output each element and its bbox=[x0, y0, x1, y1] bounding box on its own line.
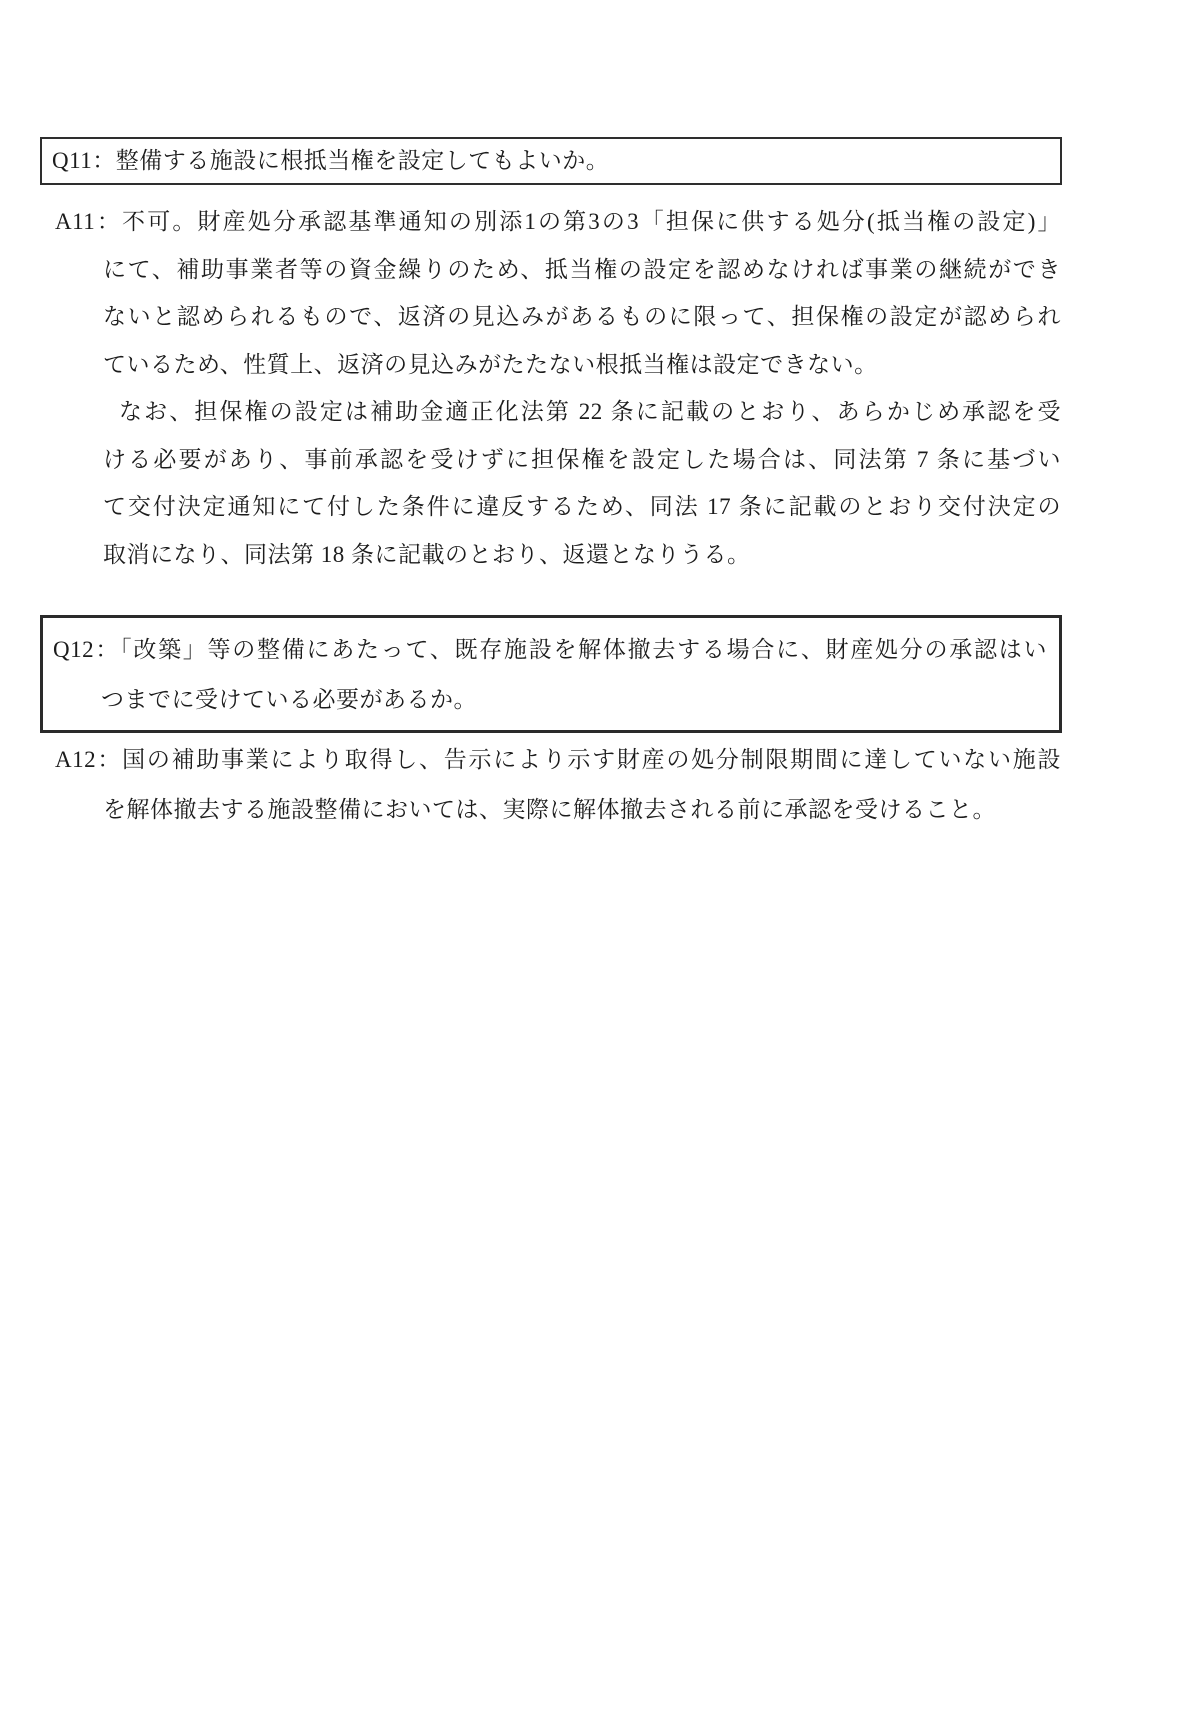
a11-line: 取消になり、同法第 18 条に記載のとおり、返還となりうる。 bbox=[55, 531, 1061, 579]
document-page: Q11：整備する施設に根抵当権を設定してもよいか。 A11：不可。財産処分承認基… bbox=[0, 0, 1200, 1730]
q11-question-text: Q11：整備する施設に根抵当権を設定してもよいか。 bbox=[52, 144, 1048, 178]
a11-line: ける必要があり、事前承認を受けずに担保権を設定した場合は、同法第 7 条に基づい bbox=[55, 436, 1061, 484]
a11-line: A11：不可。財産処分承認基準通知の別添1の第3の3「担保に供する処分(抵当権の… bbox=[55, 198, 1061, 246]
question-box-q12: Q12：「改築」等の整備にあたって、既存施設を解体撤去する場合に、財産処分の承認… bbox=[40, 615, 1062, 733]
a11-line: なお、担保権の設定は補助金適正化法第 22 条に記載のとおり、あらかじめ承認を受 bbox=[55, 388, 1061, 436]
answer-block-a11: A11：不可。財産処分承認基準通知の別添1の第3の3「担保に供する処分(抵当権の… bbox=[55, 198, 1061, 578]
a12-line: A12：国の補助事業により取得し、告示により示す財産の処分制限期間に達していない… bbox=[55, 735, 1061, 785]
q12-question-text: Q12：「改築」等の整備にあたって、既存施設を解体撤去する場合に、財産処分の承認… bbox=[53, 625, 1047, 675]
a11-line: て交付決定通知にて付した条件に違反するため、同法 17 条に記載のとおり交付決定… bbox=[55, 483, 1061, 531]
a11-line: にて、補助事業者等の資金繰りのため、抵当権の設定を認めなければ事業の継続ができ bbox=[55, 246, 1061, 294]
a11-line: ているため、性質上、返済の見込みがたたない根抵当権は設定できない。 bbox=[55, 341, 1061, 389]
a11-line: ないと認められるもので、返済の見込みがあるものに限って、担保権の設定が認められ bbox=[55, 293, 1061, 341]
question-box-q11: Q11：整備する施設に根抵当権を設定してもよいか。 bbox=[40, 137, 1062, 185]
answer-block-a12: A12：国の補助事業により取得し、告示により示す財産の処分制限期間に達していない… bbox=[55, 735, 1061, 835]
a12-line: を解体撤去する施設整備においては、実際に解体撤去される前に承認を受けること。 bbox=[55, 785, 1061, 835]
q12-question-text: つまでに受けている必要があるか。 bbox=[53, 675, 1047, 725]
